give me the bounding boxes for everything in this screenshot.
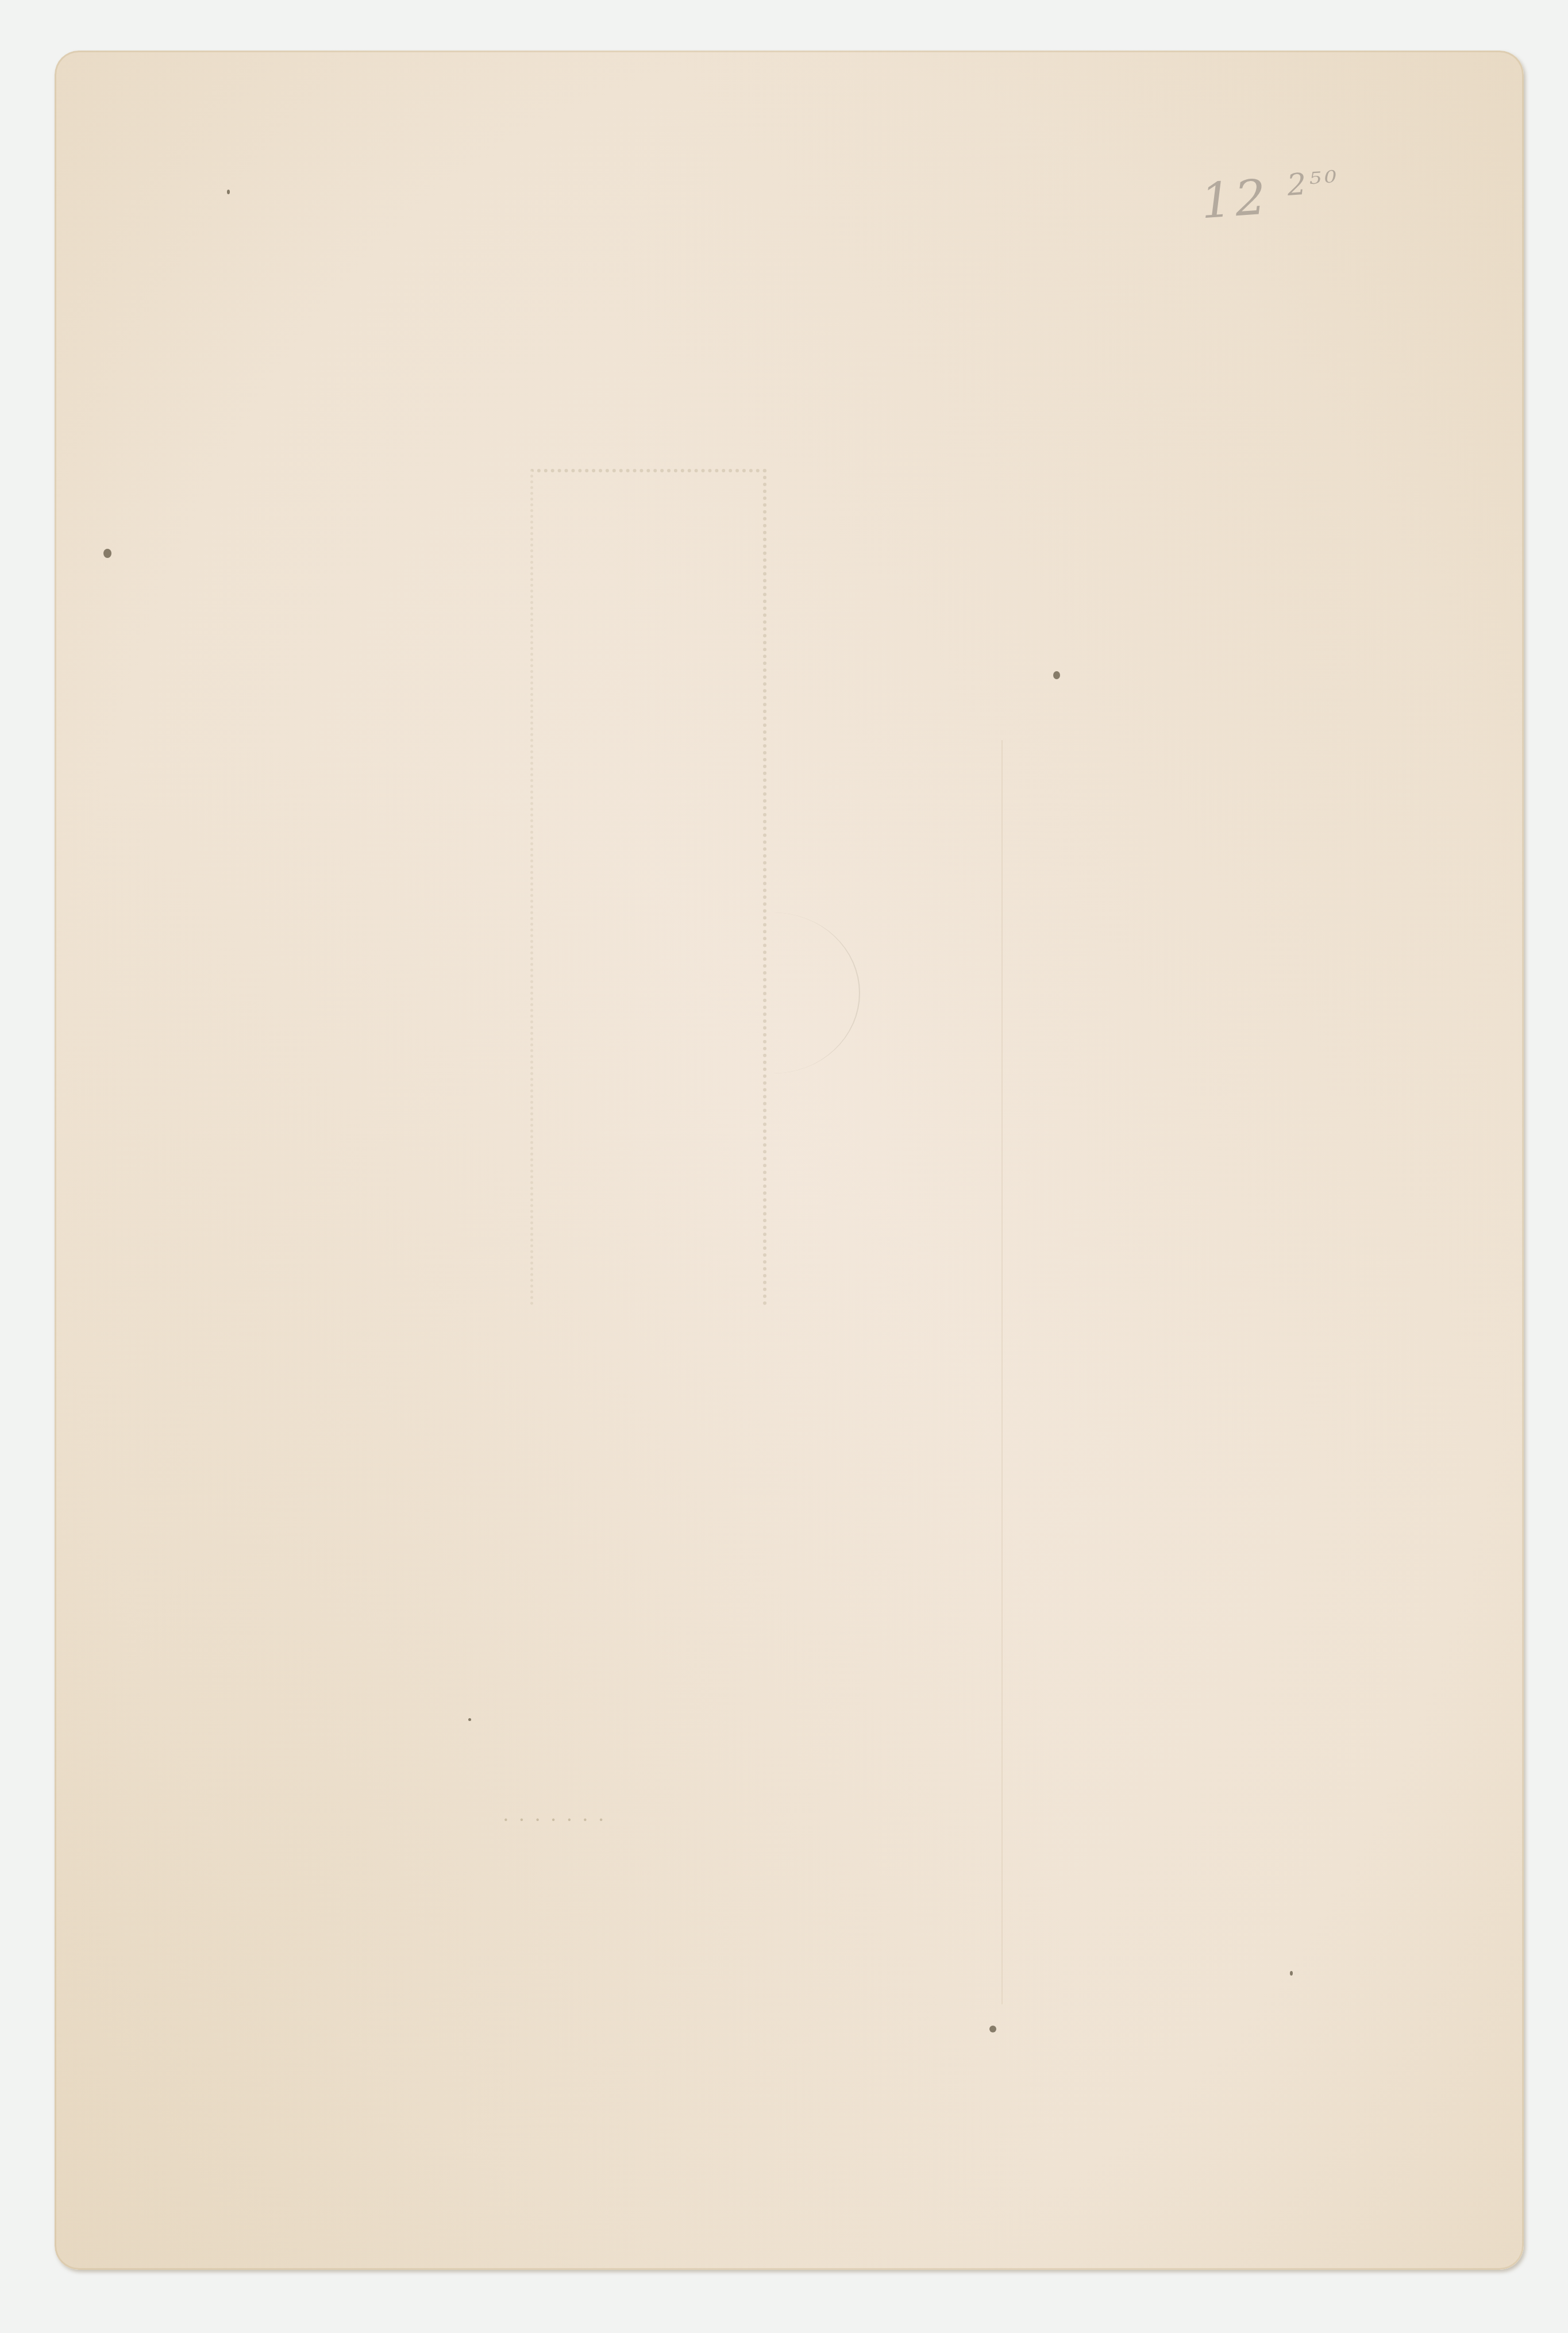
card-back: 12 2⁵⁰ · · · · · · ·	[55, 51, 1524, 2270]
faint-crease	[1001, 740, 1003, 2004]
spot	[1053, 671, 1060, 679]
faint-offset-frame	[530, 469, 766, 1306]
spot	[989, 2026, 996, 2032]
spot	[1290, 1971, 1293, 1976]
faint-arc-mark	[687, 913, 860, 1073]
spot	[103, 549, 111, 558]
spot	[468, 1718, 471, 1721]
pencil-annotation: 12 2⁵⁰	[1199, 164, 1343, 230]
spot	[227, 190, 230, 194]
faint-offset-text: · · · · · · ·	[503, 1809, 606, 1832]
